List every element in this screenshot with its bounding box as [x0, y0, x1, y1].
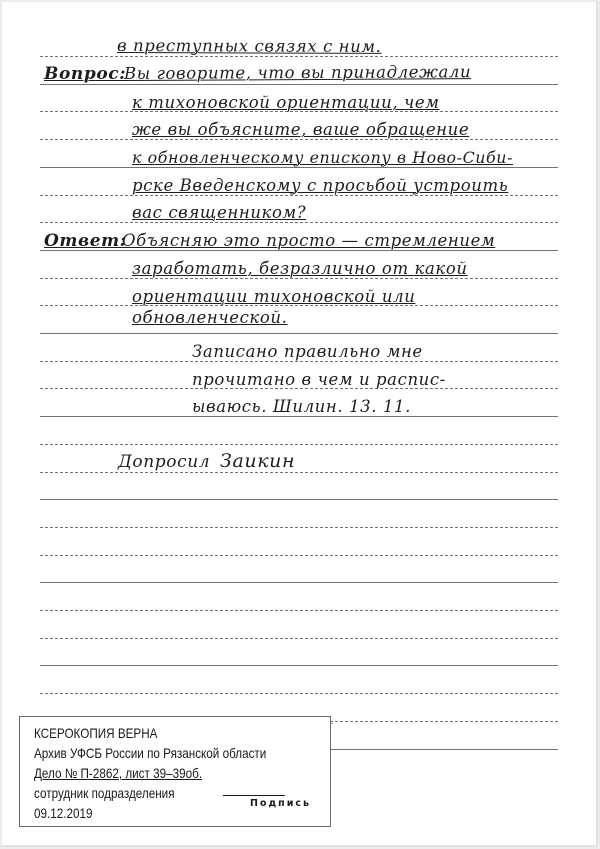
ruled-line	[40, 665, 558, 666]
stamp-title: КСЕРОКОПИЯ ВЕРНА	[34, 727, 157, 741]
ruled-line	[40, 610, 558, 611]
interrogator-label: Допросил	[118, 454, 210, 471]
certification-stamp: КСЕРОКОПИЯ ВЕРНА Архив УФСБ России по Ря…	[19, 716, 331, 827]
certification-line-1: Записано правильно мне	[192, 344, 423, 361]
handwritten-line-7: вас священником?	[132, 205, 306, 222]
ruled-line	[40, 222, 558, 223]
ruled-line	[40, 693, 558, 694]
handwritten-line-3: к тихоновской ориентации, чем	[132, 95, 440, 112]
ruled-line	[40, 56, 558, 57]
ruled-line	[40, 333, 558, 334]
handwritten-line-5: к обновленческому епископу в Ново-Сиби-	[132, 150, 513, 166]
stamp-archive: Архив УФСБ России по Рязанской области	[34, 747, 266, 761]
handwritten-line-4: же вы объясните, ваше обращение	[132, 122, 469, 139]
signature-caption: Подпись	[250, 799, 311, 809]
ruled-line	[40, 638, 558, 639]
stamp-case: Дело № П-2862, лист 39–39об.	[34, 767, 202, 781]
ruled-line	[40, 555, 558, 556]
ruled-line	[40, 499, 558, 500]
ruled-line	[40, 527, 558, 528]
ruled-line	[40, 416, 558, 417]
handwritten-line-2: Вы говорите, что вы принадлежали	[124, 64, 471, 82]
handwritten-line-10: ориентации тихоновской или	[132, 289, 415, 306]
handwritten-line-9: заработать, безразлично от какой	[132, 261, 468, 278]
handwritten-line-11: обновленческой.	[132, 310, 287, 327]
stamp-date: 09.12.2019	[34, 807, 93, 821]
handwritten-line-1: в преступных связях с ним.	[117, 38, 382, 55]
interrogator-signature: Заикин	[220, 452, 295, 471]
question-label: Вопрос:	[44, 66, 126, 83]
signature-blank	[223, 795, 285, 796]
ruled-line	[40, 139, 558, 140]
certification-line-3: ываюсь. Шилин. 13. 11.	[192, 399, 411, 416]
stamp-employee-label: сотрудник подразделения	[34, 787, 175, 801]
certification-line-2: прочитано в чем и распис-	[192, 372, 446, 389]
ruled-line	[40, 582, 558, 583]
ruled-line	[40, 444, 558, 445]
answer-label: Ответ:	[44, 233, 127, 250]
handwritten-line-6: рске Введенскому с просьбой устроить	[132, 178, 508, 195]
handwritten-line-8: Объясняю это просто — стремлением	[122, 233, 495, 250]
